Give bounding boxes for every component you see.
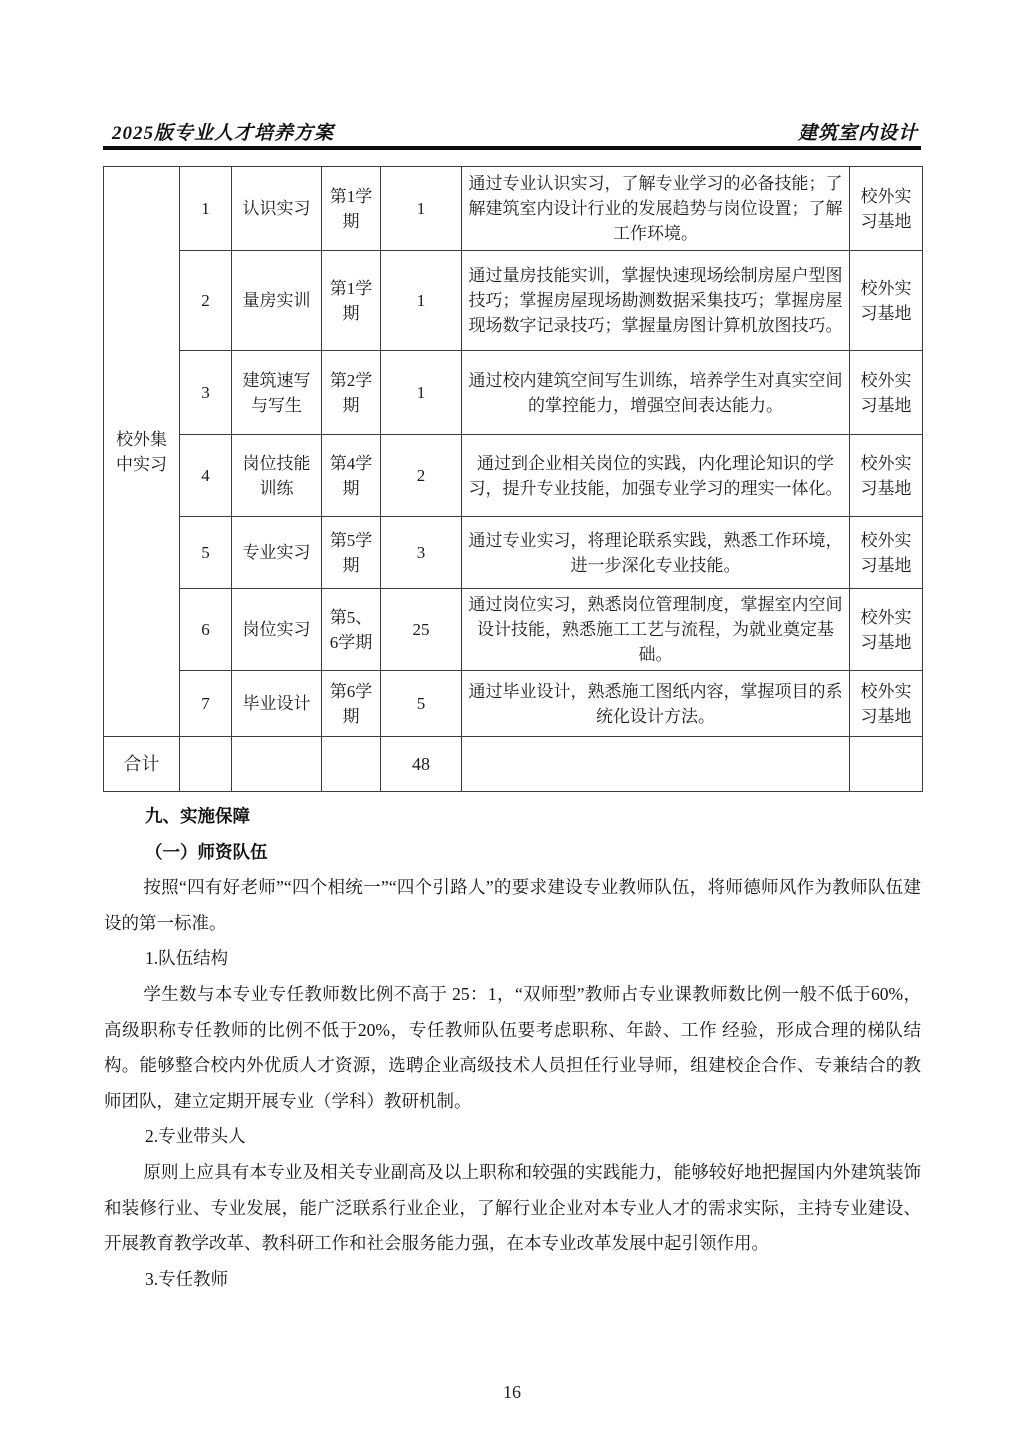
table-row: 4 岗位技能训练 第4学期 2 通过到企业相关岗位的实践，内化理论知识的学习，提… — [104, 435, 923, 517]
empty-cell — [322, 737, 381, 792]
subitem-2-paragraph: 原则上应具有本专业及相关专业副高及以上职称和较强的实践能力，能够较好地把握国内外… — [104, 1155, 921, 1262]
running-head: 2025版专业人才培养方案 建筑室内设计 — [112, 118, 918, 145]
body-content: 九、实施保障 （一）师资队伍 按照“四有好老师”“四个相统一”“四个引路人”的要… — [104, 799, 921, 1297]
description-cell: 通过岗位实习，熟悉岗位管理制度，掌握室内空间设计技能，熟悉施工工艺与流程，为就业… — [462, 589, 850, 671]
row-number-cell: 2 — [180, 251, 232, 351]
semester-cell: 第1学期 — [322, 167, 381, 251]
table-row: 校外集中实习 1 认识实习 第1学期 1 通过专业认识实习，了解专业学习的必备技… — [104, 167, 923, 251]
course-name-cell: 量房实训 — [232, 251, 322, 351]
course-name-cell: 岗位实习 — [232, 589, 322, 671]
credits-cell: 2 — [381, 435, 462, 517]
venue-cell: 校外实习基地 — [850, 435, 923, 517]
semester-cell: 第2学期 — [322, 351, 381, 435]
subitem-2-title: 2.专业带头人 — [104, 1119, 921, 1155]
description-cell: 通过到企业相关岗位的实践，内化理论知识的学习，提升专业技能，加强专业学习的理实一… — [462, 435, 850, 517]
total-credits-cell: 48 — [381, 737, 462, 792]
empty-cell — [850, 737, 923, 792]
row-number-cell: 7 — [180, 671, 232, 737]
semester-cell: 第5学期 — [322, 517, 381, 589]
venue-cell: 校外实习基地 — [850, 167, 923, 251]
semester-cell: 第1学期 — [322, 251, 381, 351]
venue-cell: 校外实习基地 — [850, 589, 923, 671]
running-head-right: 建筑室内设计 — [798, 118, 918, 145]
empty-cell — [232, 737, 322, 792]
course-name-cell: 毕业设计 — [232, 671, 322, 737]
section-heading-sub: （一）师资队伍 — [104, 835, 921, 871]
credits-cell: 25 — [381, 589, 462, 671]
category-cell: 校外集中实习 — [104, 167, 180, 737]
venue-cell: 校外实习基地 — [850, 351, 923, 435]
table-row: 3 建筑速写与写生 第2学期 1 通过校内建筑空间写生训练，培养学生对真实空间的… — [104, 351, 923, 435]
course-name-cell: 认识实习 — [232, 167, 322, 251]
row-number-cell: 1 — [180, 167, 232, 251]
description-cell: 通过毕业设计，熟悉施工图纸内容，掌握项目的系统化设计方法。 — [462, 671, 850, 737]
semester-cell: 第5、6学期 — [322, 589, 381, 671]
empty-cell — [180, 737, 232, 792]
venue-cell: 校外实习基地 — [850, 251, 923, 351]
credits-cell: 1 — [381, 351, 462, 435]
credits-cell: 1 — [381, 167, 462, 251]
table-row: 2 量房实训 第1学期 1 通过量房技能实训，掌握快速现场绘制房屋户型图技巧；掌… — [104, 251, 923, 351]
table-row: 7 毕业设计 第6学期 5 通过毕业设计，熟悉施工图纸内容，掌握项目的系统化设计… — [104, 671, 923, 737]
table-row: 5 专业实习 第5学期 3 通过专业实习，将理论联系实践，熟悉工作环境，进一步深… — [104, 517, 923, 589]
semester-cell: 第4学期 — [322, 435, 381, 517]
table-row: 6 岗位实习 第5、6学期 25 通过岗位实习，熟悉岗位管理制度，掌握室内空间设… — [104, 589, 923, 671]
running-head-left: 2025版专业人才培养方案 — [112, 118, 334, 145]
description-cell: 通过校内建筑空间写生训练，培养学生对真实空间的掌控能力，增强空间表达能力。 — [462, 351, 850, 435]
venue-cell: 校外实习基地 — [850, 517, 923, 589]
page-number: 16 — [0, 1382, 1024, 1403]
row-number-cell: 3 — [180, 351, 232, 435]
paragraph-intro: 按照“四有好老师”“四个相统一”“四个引路人”的要求建设专业教师队伍，将师德师风… — [104, 870, 921, 941]
description-cell: 通过量房技能实训，掌握快速现场绘制房屋户型图技巧；掌握房屋现场勘测数据采集技巧；… — [462, 251, 850, 351]
semester-cell: 第6学期 — [322, 671, 381, 737]
subitem-3-title: 3.专任教师 — [104, 1262, 921, 1298]
credits-cell: 3 — [381, 517, 462, 589]
row-number-cell: 5 — [180, 517, 232, 589]
header-double-rule — [103, 146, 921, 150]
description-cell: 通过专业实习，将理论联系实践，熟悉工作环境，进一步深化专业技能。 — [462, 517, 850, 589]
subitem-1-title: 1.队伍结构 — [104, 941, 921, 977]
total-label-cell: 合计 — [104, 737, 180, 792]
section-heading-main: 九、实施保障 — [104, 799, 921, 835]
credits-cell: 1 — [381, 251, 462, 351]
subitem-1-paragraph: 学生数与本专业专任教师数比例不高于 25：1，“双师型”教师占专业课教师数比例一… — [104, 977, 921, 1119]
venue-cell: 校外实习基地 — [850, 671, 923, 737]
course-name-cell: 专业实习 — [232, 517, 322, 589]
table-total-row: 合计 48 — [104, 737, 923, 792]
row-number-cell: 4 — [180, 435, 232, 517]
empty-cell — [462, 737, 850, 792]
row-number-cell: 6 — [180, 589, 232, 671]
description-cell: 通过专业认识实习，了解专业学习的必备技能；了解建筑室内设计行业的发展趋势与岗位设… — [462, 167, 850, 251]
course-name-cell: 建筑速写与写生 — [232, 351, 322, 435]
course-name-cell: 岗位技能训练 — [232, 435, 322, 517]
credits-cell: 5 — [381, 671, 462, 737]
document-page: 2025版专业人才培养方案 建筑室内设计 校外集中实习 1 认识实习 第1学期 … — [0, 0, 1024, 1448]
internship-schedule-table: 校外集中实习 1 认识实习 第1学期 1 通过专业认识实习，了解专业学习的必备技… — [103, 166, 923, 792]
